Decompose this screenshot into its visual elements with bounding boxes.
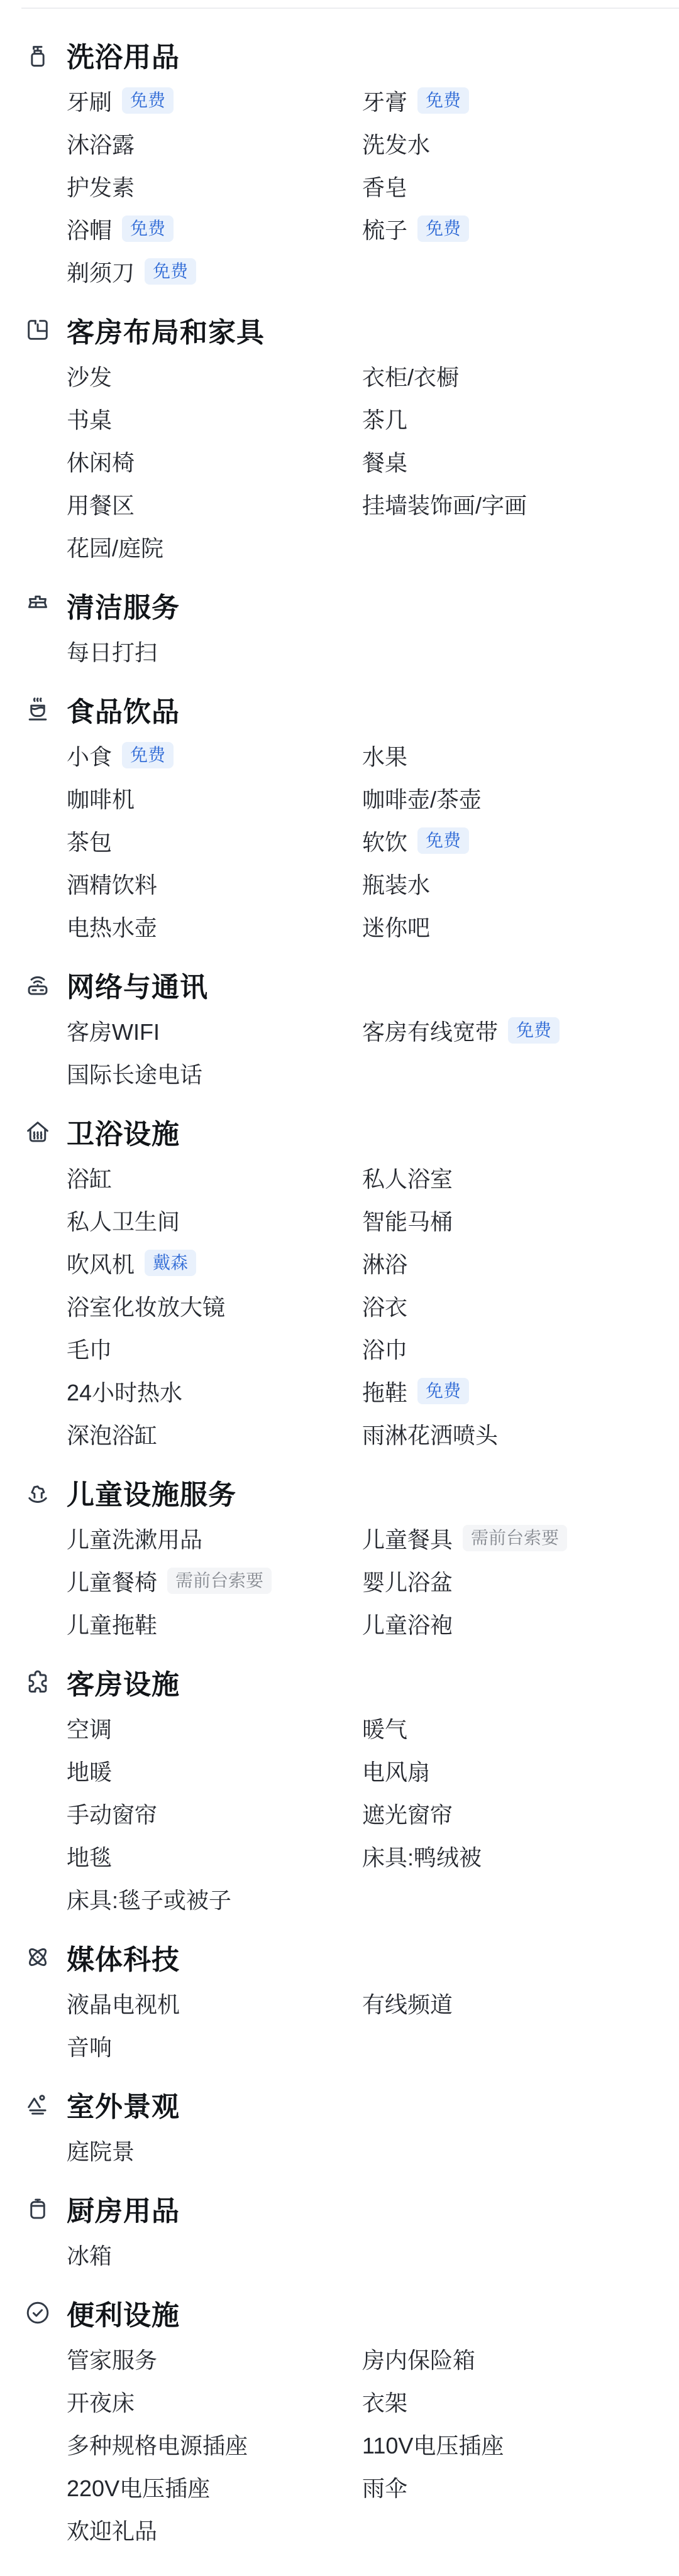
section-bath-supplies: 洗浴用品 牙刷 免费 牙膏 免费 沐浴露 洗发水 护发素 香皂 浴帽 免费 梳子… — [0, 18, 679, 293]
amenity-label: 每日打扫 — [67, 635, 157, 667]
brand-badge: 戴森 — [145, 1250, 196, 1276]
section-items: 每日打扫 — [67, 630, 679, 672]
amenity-label: 婴儿浴盆 — [362, 1565, 453, 1597]
amenity-label: 220V电压插座 — [67, 2471, 210, 2503]
amenity-label: 毛巾 — [67, 1333, 112, 1365]
amenity-label: 洗发水 — [362, 128, 430, 160]
amenity-item: 空调 — [67, 1706, 362, 1749]
amenity-item: 220V电压插座 — [67, 2465, 362, 2508]
amenity-item: 衣柜/衣橱 — [362, 354, 679, 397]
amenity-label: 房内保险箱 — [362, 2343, 475, 2375]
free-badge: 免费 — [417, 827, 469, 854]
amenity-label: 客房有线宽带 — [362, 1015, 498, 1047]
amenity-item: 床具:鸭绒被 — [362, 1835, 679, 1877]
section-header: 媒体科技 — [0, 1938, 679, 1977]
section-header: 室外景观 — [0, 2085, 679, 2124]
amenity-item: 剃须刀 免费 — [67, 250, 362, 293]
free-badge: 免费 — [508, 1017, 560, 1044]
amenity-item: 每日打扫 — [67, 630, 362, 672]
amenity-item: 儿童浴袍 — [362, 1602, 679, 1645]
amenity-label: 小食 — [67, 740, 112, 772]
free-badge: 免费 — [145, 258, 196, 285]
puzzle-icon — [24, 1668, 52, 1696]
section-header: 厨房用品 — [0, 2189, 679, 2228]
amenity-label: 迷你吧 — [362, 910, 430, 942]
amenity-item: 酒精饮料 — [67, 862, 362, 905]
section-room-layout-furniture: 客房布局和家具 沙发 衣柜/衣橱 书桌 茶几 休闲椅 餐桌 用餐区 挂墙装饰画/… — [0, 293, 679, 568]
brush-icon — [24, 591, 52, 619]
amenity-item: 香皂 — [362, 165, 679, 207]
amenity-label: 地毯 — [67, 1840, 112, 1872]
amenity-item: 茶几 — [362, 397, 679, 440]
amenity-label: 吹风机 — [67, 1247, 135, 1279]
section-title: 清洁服务 — [67, 585, 180, 625]
amenity-label: 雨淋花洒喷头 — [362, 1418, 498, 1450]
amenity-item: 手动窗帘 — [67, 1792, 362, 1835]
amenity-label: 茶几 — [362, 403, 407, 435]
free-badge: 免费 — [417, 216, 469, 242]
amenity-item: 护发素 — [67, 165, 362, 207]
amenity-label: 空调 — [67, 1712, 112, 1744]
amenity-label: 儿童洗漱用品 — [67, 1522, 202, 1554]
amenity-label: 沐浴露 — [67, 128, 135, 160]
section-header: 食品饮品 — [0, 690, 679, 729]
amenity-label: 私人卫生间 — [67, 1204, 180, 1236]
amenity-label: 私人浴室 — [362, 1162, 453, 1194]
amenity-item: 雨淋花洒喷头 — [362, 1412, 679, 1455]
section-title: 卫浴设施 — [67, 1111, 180, 1152]
section-outdoor-view: 室外景观 庭院景 — [0, 2067, 679, 2171]
section-header: 洗浴用品 — [0, 35, 679, 74]
section-network-communication: 网络与通讯 客房WIFI 客房有线宽带 免费 国际长途电话 — [0, 947, 679, 1094]
section-header: 便利设施 — [0, 2293, 679, 2332]
section-title: 厨房用品 — [67, 2188, 180, 2229]
amenity-item: 衣架 — [362, 2380, 679, 2423]
amenity-label: 咖啡壶/茶壶 — [362, 782, 482, 814]
amenity-label: 浴缸 — [67, 1162, 112, 1194]
amenity-item: 花园/庭院 — [67, 525, 362, 568]
amenity-item: 茶包 — [67, 819, 362, 862]
amenity-label: 24小时热水 — [67, 1375, 182, 1407]
amenity-label: 手动窗帘 — [67, 1798, 157, 1830]
amenity-label: 用餐区 — [67, 488, 135, 520]
amenity-label: 床具:毯子或被子 — [67, 1883, 231, 1915]
amenity-label: 开夜床 — [67, 2386, 135, 2418]
coffee-cup-icon — [24, 696, 52, 723]
amenity-item: 管家服务 — [67, 2337, 362, 2380]
amenity-label: 110V电压插座 — [362, 2428, 504, 2460]
pot-icon — [24, 2195, 52, 2222]
section-media-technology: 媒体科技 液晶电视机 有线频道 音响 — [0, 1920, 679, 2067]
section-title: 客房设施 — [67, 1662, 180, 1702]
amenity-item: 液晶电视机 — [67, 1982, 362, 2024]
section-header: 客房设施 — [0, 1662, 679, 1701]
amenity-item: 浴帽 免费 — [67, 207, 362, 250]
amenity-label: 电风扇 — [362, 1755, 430, 1787]
section-kitchen-supplies: 厨房用品 冰箱 — [0, 2171, 679, 2276]
amenity-label: 衣架 — [362, 2386, 407, 2418]
section-title: 儿童设施服务 — [67, 1472, 236, 1512]
note-badge: 需前台索要 — [463, 1525, 567, 1551]
router-icon — [24, 971, 52, 998]
amenity-item: 毛巾 — [67, 1327, 362, 1370]
amenity-label: 牙膏 — [362, 85, 407, 117]
amenity-item: 浴衣 — [362, 1284, 679, 1327]
amenity-item: 咖啡壶/茶壶 — [362, 777, 679, 819]
section-items: 庭院景 — [67, 2129, 679, 2171]
amenity-item: 电热水壶 — [67, 905, 362, 947]
amenity-label: 管家服务 — [67, 2343, 157, 2375]
amenity-item: 智能马桶 — [362, 1199, 679, 1242]
amenity-item: 沙发 — [67, 354, 362, 397]
amenity-item: 庭院景 — [67, 2129, 362, 2171]
amenity-item: 电风扇 — [362, 1749, 679, 1792]
amenity-item: 客房有线宽带 免费 — [362, 1009, 679, 1052]
amenity-label: 多种规格电源插座 — [67, 2428, 248, 2460]
amenity-item: 24小时热水 — [67, 1370, 362, 1412]
amenity-label: 儿童浴袍 — [362, 1608, 453, 1640]
section-header: 客房布局和家具 — [0, 310, 679, 349]
mountain-view-icon — [24, 2090, 52, 2118]
amenity-label: 挂墙装饰画/字画 — [362, 488, 527, 520]
amenity-label: 电热水壶 — [67, 910, 157, 942]
amenity-item: 软饮 免费 — [362, 819, 679, 862]
amenity-label: 深泡浴缸 — [67, 1418, 157, 1450]
amenity-label: 牙刷 — [67, 85, 112, 117]
pump-bottle-icon — [24, 41, 52, 68]
amenity-label: 护发素 — [67, 170, 135, 202]
section-convenience-facilities: 便利设施 管家服务 房内保险箱 开夜床 衣架 多种规格电源插座 110V电压插座… — [0, 2276, 679, 2551]
section-header: 卫浴设施 — [0, 1112, 679, 1151]
amenity-label: 冰箱 — [67, 2239, 112, 2271]
section-title: 洗浴用品 — [67, 35, 180, 75]
amenity-label: 书桌 — [67, 403, 112, 435]
amenity-item: 国际长途电话 — [67, 1052, 362, 1094]
section-bathroom-facilities: 卫浴设施 浴缸 私人浴室 私人卫生间 智能马桶 吹风机 戴森 淋浴 浴室化妆放大… — [0, 1094, 679, 1455]
amenity-item: 书桌 — [67, 397, 362, 440]
amenity-label: 酒精饮料 — [67, 868, 157, 900]
amenity-item: 地毯 — [67, 1835, 362, 1877]
amenity-item: 私人浴室 — [362, 1156, 679, 1199]
amenity-item: 牙膏 免费 — [362, 79, 679, 122]
amenity-item: 儿童餐具 需前台索要 — [362, 1517, 679, 1559]
amenity-item: 挂墙装饰画/字画 — [362, 483, 679, 525]
amenity-label: 淋浴 — [362, 1247, 407, 1279]
amenity-item: 洗发水 — [362, 122, 679, 165]
amenity-item: 欢迎礼品 — [67, 2508, 362, 2551]
amenity-item: 儿童拖鞋 — [67, 1602, 362, 1645]
amenity-item: 餐桌 — [362, 440, 679, 483]
amenity-label: 拖鞋 — [362, 1375, 407, 1407]
amenity-label: 床具:鸭绒被 — [362, 1840, 482, 1872]
section-items: 牙刷 免费 牙膏 免费 沐浴露 洗发水 护发素 香皂 浴帽 免费 梳子 免费 剃… — [67, 79, 679, 293]
amenity-item: 深泡浴缸 — [67, 1412, 362, 1455]
amenity-item: 暖气 — [362, 1706, 679, 1749]
amenity-item: 浴缸 — [67, 1156, 362, 1199]
section-header: 网络与通讯 — [0, 965, 679, 1004]
amenity-label: 餐桌 — [362, 445, 407, 478]
amenity-item: 小食 免费 — [67, 734, 362, 777]
sauna-house-icon — [24, 1118, 52, 1145]
amenity-label: 儿童餐椅 — [67, 1565, 157, 1597]
amenity-item: 沐浴露 — [67, 122, 362, 165]
note-badge: 需前台索要 — [167, 1568, 272, 1594]
section-items: 小食 免费 水果 咖啡机 咖啡壶/茶壶 茶包 软饮 免费 酒精饮料 瓶装水 电热… — [67, 734, 679, 947]
section-items: 液晶电视机 有线频道 音响 — [67, 1982, 679, 2067]
free-badge: 免费 — [122, 216, 174, 242]
amenity-label: 地暖 — [67, 1755, 112, 1787]
amenity-item: 休闲椅 — [67, 440, 362, 483]
amenity-label: 欢迎礼品 — [67, 2514, 157, 2546]
amenity-item: 儿童餐椅 需前台索要 — [67, 1559, 362, 1602]
amenity-item: 瓶装水 — [362, 862, 679, 905]
amenity-label: 梳子 — [362, 213, 407, 245]
amenity-label: 有线频道 — [362, 1987, 453, 2019]
check-circle-icon — [24, 2299, 52, 2327]
amenity-label: 浴室化妆放大镜 — [67, 1290, 225, 1322]
amenity-item: 水果 — [362, 734, 679, 777]
section-items: 管家服务 房内保险箱 开夜床 衣架 多种规格电源插座 110V电压插座 220V… — [67, 2337, 679, 2551]
amenity-label: 花园/庭院 — [67, 531, 163, 563]
amenity-label: 暖气 — [362, 1712, 407, 1744]
amenity-label: 智能马桶 — [362, 1204, 453, 1236]
amenity-item: 吹风机 戴森 — [67, 1242, 362, 1284]
amenity-label: 咖啡机 — [67, 782, 135, 814]
amenity-item: 客房WIFI — [67, 1009, 362, 1052]
section-children-facilities: 儿童设施服务 儿童洗漱用品 儿童餐具 需前台索要 儿童餐椅 需前台索要 婴儿浴盆… — [0, 1455, 679, 1645]
amenity-item: 多种规格电源插座 — [67, 2423, 362, 2465]
amenity-item: 浴巾 — [362, 1327, 679, 1370]
amenity-label: 软饮 — [362, 825, 407, 857]
amenity-label: 香皂 — [362, 170, 407, 202]
section-title: 便利设施 — [67, 2293, 180, 2333]
amenity-item: 有线频道 — [362, 1982, 679, 2024]
amenity-item: 雨伞 — [362, 2465, 679, 2508]
amenity-label: 茶包 — [67, 825, 112, 857]
amenity-label: 雨伞 — [362, 2471, 407, 2503]
amenity-label: 庭院景 — [67, 2134, 135, 2166]
amenity-item: 拖鞋 免费 — [362, 1370, 679, 1412]
amenity-label: 水果 — [362, 740, 407, 772]
amenity-label: 客房WIFI — [67, 1015, 160, 1047]
amenity-item: 房内保险箱 — [362, 2337, 679, 2380]
amenity-item: 床具:毯子或被子 — [67, 1877, 362, 1920]
amenity-item: 地暖 — [67, 1749, 362, 1792]
amenity-item: 梳子 免费 — [362, 207, 679, 250]
amenity-label: 剃须刀 — [67, 256, 135, 288]
amenity-label: 遮光窗帘 — [362, 1798, 453, 1830]
amenity-item: 私人卫生间 — [67, 1199, 362, 1242]
amenity-label: 液晶电视机 — [67, 1987, 180, 2019]
section-items: 空调 暖气 地暖 电风扇 手动窗帘 遮光窗帘 地毯 床具:鸭绒被 床具:毯子或被… — [67, 1706, 679, 1920]
section-title: 网络与通讯 — [67, 964, 208, 1005]
section-header: 清洁服务 — [0, 586, 679, 625]
section-cleaning-service: 清洁服务 每日打扫 — [0, 568, 679, 672]
amenity-item: 咖啡机 — [67, 777, 362, 819]
amenity-item: 冰箱 — [67, 2233, 362, 2276]
amenity-label: 国际长途电话 — [67, 1057, 202, 1089]
section-items: 冰箱 — [67, 2233, 679, 2276]
section-title: 室外景观 — [67, 2084, 180, 2124]
amenity-label: 浴帽 — [67, 213, 112, 245]
free-badge: 免费 — [417, 1378, 469, 1404]
amenity-item: 迷你吧 — [362, 905, 679, 947]
amenity-item: 音响 — [67, 2024, 362, 2067]
section-header: 儿童设施服务 — [0, 1473, 679, 1512]
amenity-item: 开夜床 — [67, 2380, 362, 2423]
amenity-item: 婴儿浴盆 — [362, 1559, 679, 1602]
amenity-label: 沙发 — [67, 360, 112, 392]
amenity-label: 衣柜/衣橱 — [362, 360, 459, 392]
amenity-label: 休闲椅 — [67, 445, 135, 478]
free-badge: 免费 — [122, 87, 174, 114]
floor-plan-icon — [24, 316, 52, 344]
amenity-item: 牙刷 免费 — [67, 79, 362, 122]
section-food-drinks: 食品饮品 小食 免费 水果 咖啡机 咖啡壶/茶壶 茶包 软饮 免费 酒精饮料 瓶… — [0, 672, 679, 947]
amenity-label: 儿童餐具 — [362, 1522, 453, 1554]
section-items: 客房WIFI 客房有线宽带 免费 国际长途电话 — [67, 1009, 679, 1094]
amenity-item: 110V电压插座 — [362, 2423, 679, 2465]
amenity-label: 浴衣 — [362, 1290, 407, 1322]
rocking-horse-icon — [24, 1478, 52, 1506]
section-items: 沙发 衣柜/衣橱 书桌 茶几 休闲椅 餐桌 用餐区 挂墙装饰画/字画 花园/庭院 — [67, 354, 679, 568]
amenity-item: 淋浴 — [362, 1242, 679, 1284]
atom-icon — [24, 1943, 52, 1971]
section-title: 媒体科技 — [67, 1937, 180, 1977]
amenity-item: 遮光窗帘 — [362, 1792, 679, 1835]
amenity-label: 浴巾 — [362, 1333, 407, 1365]
amenity-item: 用餐区 — [67, 483, 362, 525]
amenity-label: 瓶装水 — [362, 868, 430, 900]
free-badge: 免费 — [417, 87, 469, 114]
amenity-item: 浴室化妆放大镜 — [67, 1284, 362, 1327]
section-items: 浴缸 私人浴室 私人卫生间 智能马桶 吹风机 戴森 淋浴 浴室化妆放大镜 浴衣 … — [67, 1156, 679, 1455]
amenity-item: 儿童洗漱用品 — [67, 1517, 362, 1559]
section-title: 客房布局和家具 — [67, 310, 265, 350]
section-items: 儿童洗漱用品 儿童餐具 需前台索要 儿童餐椅 需前台索要 婴儿浴盆 儿童拖鞋 儿… — [67, 1517, 679, 1645]
free-badge: 免费 — [122, 742, 174, 768]
amenities-list: 洗浴用品 牙刷 免费 牙膏 免费 沐浴露 洗发水 护发素 香皂 浴帽 免费 梳子… — [0, 9, 679, 2576]
amenity-label: 音响 — [67, 2030, 112, 2062]
amenity-label: 儿童拖鞋 — [67, 1608, 157, 1640]
section-room-facilities: 客房设施 空调 暖气 地暖 电风扇 手动窗帘 遮光窗帘 地毯 床具:鸭绒被 床具… — [0, 1645, 679, 1920]
section-title: 食品饮品 — [67, 689, 180, 729]
